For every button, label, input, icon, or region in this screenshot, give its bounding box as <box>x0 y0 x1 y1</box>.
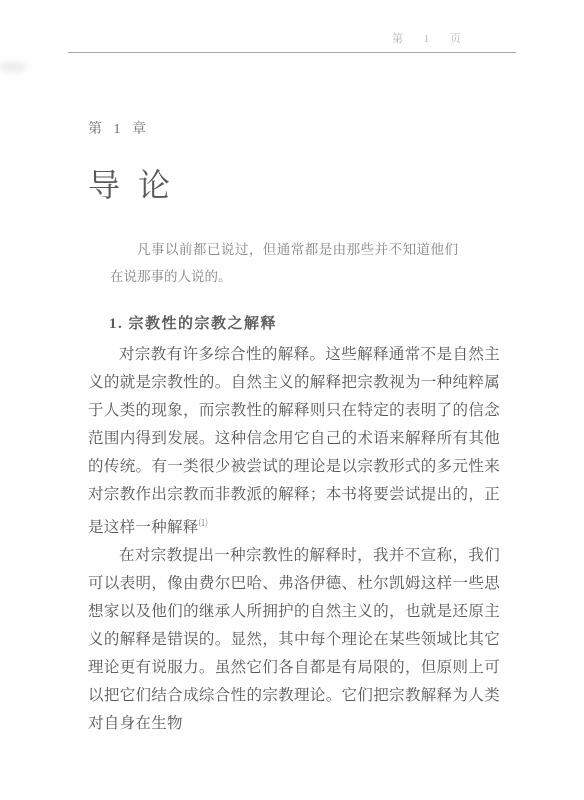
header-rule <box>68 52 516 53</box>
text-block: 第 1 章 导 论 凡事以前都已说过，但通常都是由那些并不知道他们在说那事的人说… <box>88 118 500 738</box>
scan-artifact <box>0 62 26 72</box>
footnote-marker: ⑴ <box>199 518 208 528</box>
page-number-header: 第 1 页 <box>68 30 516 46</box>
paragraph-1: 对宗教有许多综合性的解释。这些解释通常不是自然主义的就是宗教性的。自然主义的解释… <box>88 341 500 542</box>
paragraph-2-text: 在对宗教提出一种宗教性的解释时，我并不宣称，我们可以表明，像由费尔巴哈、弗洛伊德… <box>88 547 500 732</box>
epigraph: 凡事以前都已说过，但通常都是由那些并不知道他们在说那事的人说的。 <box>110 236 458 290</box>
section-heading: 1. 宗教性的宗教之解释 <box>88 312 500 333</box>
paragraph-2: 在对宗教提出一种宗教性的解释时，我并不宣称，我们可以表明，像由费尔巴哈、弗洛伊德… <box>88 542 500 738</box>
chapter-number-label: 第 1 章 <box>88 118 500 138</box>
chapter-title: 导 论 <box>88 160 500 206</box>
paragraph-1-text: 对宗教有许多综合性的解释。这些解释通常不是自然主义的就是宗教性的。自然主义的解释… <box>88 346 500 536</box>
book-page: 第 1 页 第 1 章 导 论 凡事以前都已说过，但通常都是由那些并不知道他们在… <box>0 0 584 800</box>
